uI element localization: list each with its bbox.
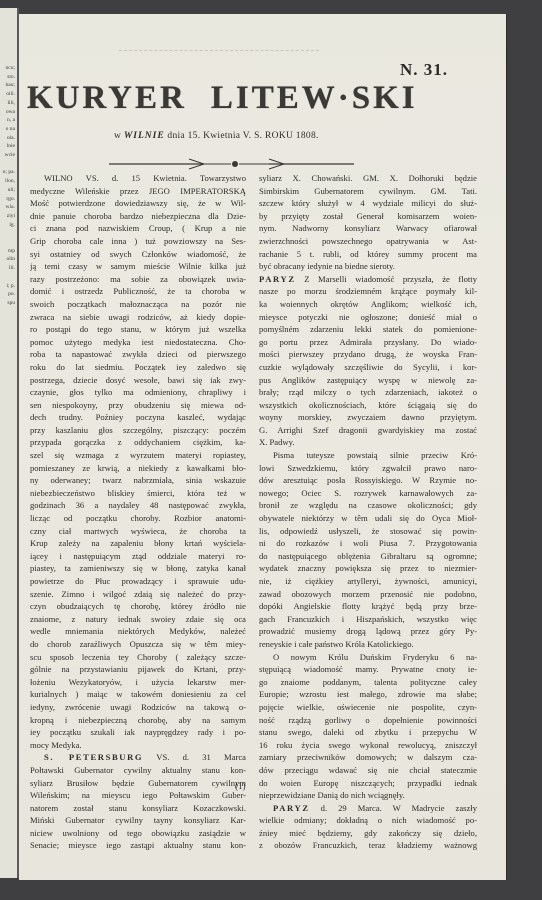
text-line: scu sposob leczenia tey Choroby ( zależą… (30, 651, 246, 664)
text-line: godzinach 36 a naydaley 48 następować zw… (30, 499, 246, 512)
text-line: dech trudny. Poźniey poczyna kaszleć, wy… (30, 411, 246, 424)
text-line: gach Francuzkich i Hiszpańskich, wszystk… (259, 613, 477, 626)
text-line: Senacie; mieysce iego zastąpi aktualny s… (30, 839, 246, 852)
text-line-rest: d. 29 Marca. W Madrycie zaszły (310, 803, 477, 813)
text-line: mieysce potyczki nie ogłoszone; donieść … (259, 311, 477, 324)
previous-page-text-fragment: ncu; sto. hau; oili. lili, owa n, a o na… (0, 8, 17, 308)
text-line: Europie; wzrostu iest małego, zdrowie ma… (259, 688, 477, 701)
text-line: go portu przez Admirała przysłany. Do wi… (259, 336, 477, 349)
dateline-city: WILNIE (124, 131, 165, 141)
text-line: PARYZ d. 29 Marca. W Madrycie zaszły (259, 802, 477, 815)
text-line: zawad obozowych morzem przenosić nie pod… (259, 588, 477, 601)
text-line: ka woiennych okrętów Anglikom; wielkość … (259, 298, 477, 311)
text-line: natorem został stanu konsyliarz Kozaczko… (30, 802, 246, 815)
dateline: w WILNIE dnia 15. Kwietnia V. S. ROKU 18… (114, 131, 319, 141)
page-marker: (1) (235, 781, 246, 791)
text-line: niebezbieczeństwo bliskiey śmierci, któr… (30, 487, 246, 500)
text-line: roba ta napastować zwykła dzieci od pier… (30, 348, 246, 361)
text-line: domić i ostrzedz Publiczność, że ta chor… (30, 285, 246, 298)
text-line: cuzkie wylądowały szczęśliwie do Sycylii… (259, 361, 477, 374)
text-line: do następuiącego oblężenia Gibraltaru są… (259, 550, 477, 563)
text-line: Mość potwierdzone dowiedziawszy się, że … (30, 197, 246, 210)
text-line: do chorob zaraźliwych Opuszcza się w têm… (30, 638, 246, 651)
dateline-lead: PARYZ (259, 274, 296, 284)
text-line: ni do rozkazów i woli Piusa 7. Przygotow… (259, 537, 477, 550)
text-line: dów przeciągu wdawać się nie chciał stat… (259, 764, 477, 777)
text-line: czny ciał martwych wyświeca, że choroba … (30, 525, 246, 538)
text-line: zwraca na siebie uwagi rodziców, aż kied… (30, 311, 246, 324)
text-line: Miński Gubernator cywilny tayny konsylia… (30, 814, 246, 827)
text-line: bronił ze względu na czasowe okolicznośc… (259, 499, 477, 512)
text-line: mocy Medyka. (30, 739, 246, 752)
text-line: roku do lat siedmiu. Początek iey zaledw… (30, 361, 246, 374)
text-line: przypada gorączka z oddychaniem ciężkim,… (30, 436, 246, 449)
text-line: licząc od początku choroby. Rozbior anat… (30, 512, 246, 525)
text-line: razy postrzeżono: ma sobie za obowiązek … (30, 273, 246, 286)
text-line: szel się wzmaga z wyrzutem materyi ropia… (30, 449, 246, 462)
masthead-title-part1: KURYER (27, 80, 187, 117)
text-line: G. Arrighi Szef dragonii gwardyiskiey ma… (259, 424, 477, 437)
text-line: ci znana pod nazwiskiem Croup, ( Krup a … (30, 222, 246, 235)
text-line: brały; rząd milczy o tych zdarzeniach, i… (259, 386, 477, 399)
text-line: ro postąpi do tego stanu, w którym już w… (30, 323, 246, 336)
text-line: znaiome, z natury iednak swoiey zdaie si… (30, 613, 246, 626)
dateline-date: dnia 15. Kwietnia V. S. ROKU 1808. (167, 131, 318, 141)
ornamental-rule-icon (109, 156, 359, 172)
newspaper-page: N. 31. KURYERLITEW·SKI w WILNIE dnia 15.… (19, 14, 506, 880)
text-line: szenie. Zimno i wilgoć zdaią się należeć… (30, 588, 246, 601)
text-line: S. PETERSBURG VS. d. 31 Marca (30, 751, 246, 764)
text-line: stanu swego, daleki od zbytku i przepych… (259, 726, 477, 739)
text-line: prowadzić musiemy drogą lądową przez gór… (259, 625, 477, 638)
text-line: iey początku szukali iak naypręgdzey rad… (30, 726, 246, 739)
text-line: dów aresztuiąc posła Rossyiskiego. W Rzy… (259, 474, 477, 487)
text-line: ny oderwaney; twarz nabrzmiała, sinia ws… (30, 474, 246, 487)
text-line: Połtawski Gubernator cywilny aktualny st… (30, 764, 246, 777)
text-line: X. Padwy. (259, 436, 477, 449)
text-line: WILNO VS. d. 15 Kwietnia. Towarzystwo (30, 172, 246, 185)
text-line: zamiary przeciwników domowych; w dalszym… (259, 751, 477, 764)
text-line: wszystkich okolicznościach, które ściąga… (259, 399, 477, 412)
text-line: stępuiącą wiadomość mamy. Prywatne cnoty… (259, 663, 477, 676)
text-line-rest: Z Marselli wiadomość przyszła, że flotty (296, 274, 477, 284)
text-line: wydatek znaczny powiększa się przez to n… (259, 562, 477, 575)
text-line: nie, iż ciężkiey artylleryi, żywności, a… (259, 575, 477, 588)
text-line: szczew który służył w 4 wydziale milicyi… (259, 197, 477, 210)
text-line: ność rządzą gorliwy o dopełnienie powinn… (259, 714, 477, 727)
text-line: Grip choroba cale inna ) tuż powziowszy … (30, 235, 246, 248)
text-line: wedle mniemania niektórych Medyków, nale… (30, 625, 246, 638)
text-line-rest: VS. d. 31 Marca (143, 752, 246, 762)
text-line: swoich początkach małoznacząca na pozór … (30, 298, 246, 311)
text-line: nowego; Ociec S. rozrywek karnawałowych … (259, 487, 477, 500)
text-line: woyny morskiey, zwyczaiem dawno przyięty… (259, 411, 477, 424)
text-line: pomyślném zdarzeniu lekki statek do pomi… (259, 323, 477, 336)
text-line: wielkie odmiany; dokładną o nich wiadomo… (259, 814, 477, 827)
text-line: go znaiome poddanym, talenta polityczne … (259, 676, 477, 689)
text-line: syi ostatniey od swych Członków wiadomoś… (30, 248, 246, 261)
dateline-lead: PARYZ (273, 803, 310, 813)
text-line: Simbirskim Gubernatorem cywilnym. GM. Ta… (259, 185, 477, 198)
text-line: czyn obudzaiących tę chorobę, którey źró… (30, 600, 246, 613)
text-line: sen niespokoyny, przy obudzeniu się miew… (30, 399, 246, 412)
text-line: obywatele niektórzy w têm udali się do O… (259, 512, 477, 525)
text-line: przy kaszlaniu głos szczególny, piszcząc… (30, 424, 246, 437)
text-line: syliarz X. Chowański. GM. X. Dołhoruki b… (259, 172, 477, 185)
text-line: rachanie 5 t. rubli, od którey summy pro… (259, 248, 477, 261)
text-line: 16 roku życia swego wykonał rewolucyą, z… (259, 739, 477, 752)
text-line: Wileńskim; na mieyscu iego Połtawskim Gu… (30, 789, 246, 802)
text-line: kropną i niebezpieczną chorobę, aby na s… (30, 714, 246, 727)
text-line: z obozów Francuzkich, teraz kładziemy wa… (259, 839, 477, 852)
text-line: syliarz Brusiłow będzie Gubernatorem cyw… (30, 777, 246, 790)
text-line: gólnie na przystawianiu pijawek do Krtan… (30, 663, 246, 676)
masthead-title-part2: LITEW·SKI (211, 80, 418, 117)
text-line: niciew uwolniony od tego obowiązku zasią… (30, 827, 246, 840)
text-line: powietrze do Płuc prowadzący i sprawuie … (30, 575, 246, 588)
text-line: pus Anglików zastępuiący wyspę w niewolę… (259, 374, 477, 387)
text-line: kurialnych ) maiąc w takowém doniesieniu… (30, 688, 246, 701)
text-line: postrzega, dziecie dosyć wesołe, bawi si… (30, 374, 246, 387)
text-line: dopóki Angielskie flotty krążyć będą prz… (259, 600, 477, 613)
text-line: iącey i następuiącym ztąd oddziale mater… (30, 550, 246, 563)
text-line: medyczne Wileńskie przez JEGO IMPERATORS… (30, 185, 246, 198)
text-line: PARYZ Z Marselli wiadomość przyszła, że … (259, 273, 477, 286)
text-line: zwierzchności powszechnego opatrywania w… (259, 235, 477, 248)
article-column-right: syliarz X. Chowański. GM. X. Dołhoruki b… (259, 172, 477, 852)
text-line: pomieszaney ze krwią, a niekiedy z kawał… (30, 462, 246, 475)
text-line: dnie panuie choroba bardzo niebezpieczna… (30, 210, 246, 223)
text-line: nasze po morzu środziemném krążące poyma… (259, 285, 477, 298)
dateline-lead: S. PETERSBURG (44, 752, 143, 762)
text-line: Pisma tuteysze powstaią silnie przeciw K… (259, 449, 477, 462)
text-line: iedyny, zwrócenie uwagi Rodziców na tako… (30, 701, 246, 714)
text-line: do woien Europę niszczących; przypadki i… (259, 777, 477, 790)
article-column-left: WILNO VS. d. 15 Kwietnia. Towarzystwomed… (30, 172, 246, 852)
text-line: pojęcie wielkie, oświecenie nie pospolit… (259, 701, 477, 714)
text-line: lowi Szwedzkiemu, który zgwałcił prawo n… (259, 462, 477, 475)
issue-number: N. 31. (400, 60, 448, 80)
text-line: mości pierwszey przydano drugą, że woysk… (259, 348, 477, 361)
text-line: Krup zależy na zapaleniu błony krtań wyś… (30, 537, 246, 550)
text-line: nieprzewidziane Danią do nich wciągnęły. (259, 789, 477, 802)
text-line: O nowym Królu Duńskim Fryderyku 6 na- (259, 651, 477, 664)
text-line: by przyięty został Generał komisarzem wo… (259, 210, 477, 223)
text-line: reneyskie i całe państwo Króla Katolicki… (259, 638, 477, 651)
text-line: pomoc użytego medyka iest niedostateczna… (30, 336, 246, 349)
previous-page-edge: ncu; sto. hau; oili. lili, owa n, a o na… (0, 8, 19, 878)
text-line: źniey mieć będziemy, gdy zakończy się dz… (259, 827, 477, 840)
text-line: być obracany iedynie na biedne sieroty. (259, 260, 477, 273)
text-line: czaynie, głos tylko ma odmieniony, chrap… (30, 386, 246, 399)
masthead-title: KURYERLITEW·SKI (27, 80, 427, 117)
text-line: lis, odpowiedź usłyszeli, że stosować si… (259, 525, 477, 538)
text-line: piastey, ta zamieniwszy się w błonę, zat… (30, 562, 246, 575)
text-line: łożeniu Wezykatoryów, i użycia lekarstw … (30, 676, 246, 689)
text-line: ją temi czasy w samym mieście Wilnie kil… (30, 260, 246, 273)
text-line: nym. Nadworny konsyliarz Warwacy ofiarow… (259, 222, 477, 235)
dateline-prefix: w (114, 131, 121, 141)
paper-stain (119, 50, 319, 52)
